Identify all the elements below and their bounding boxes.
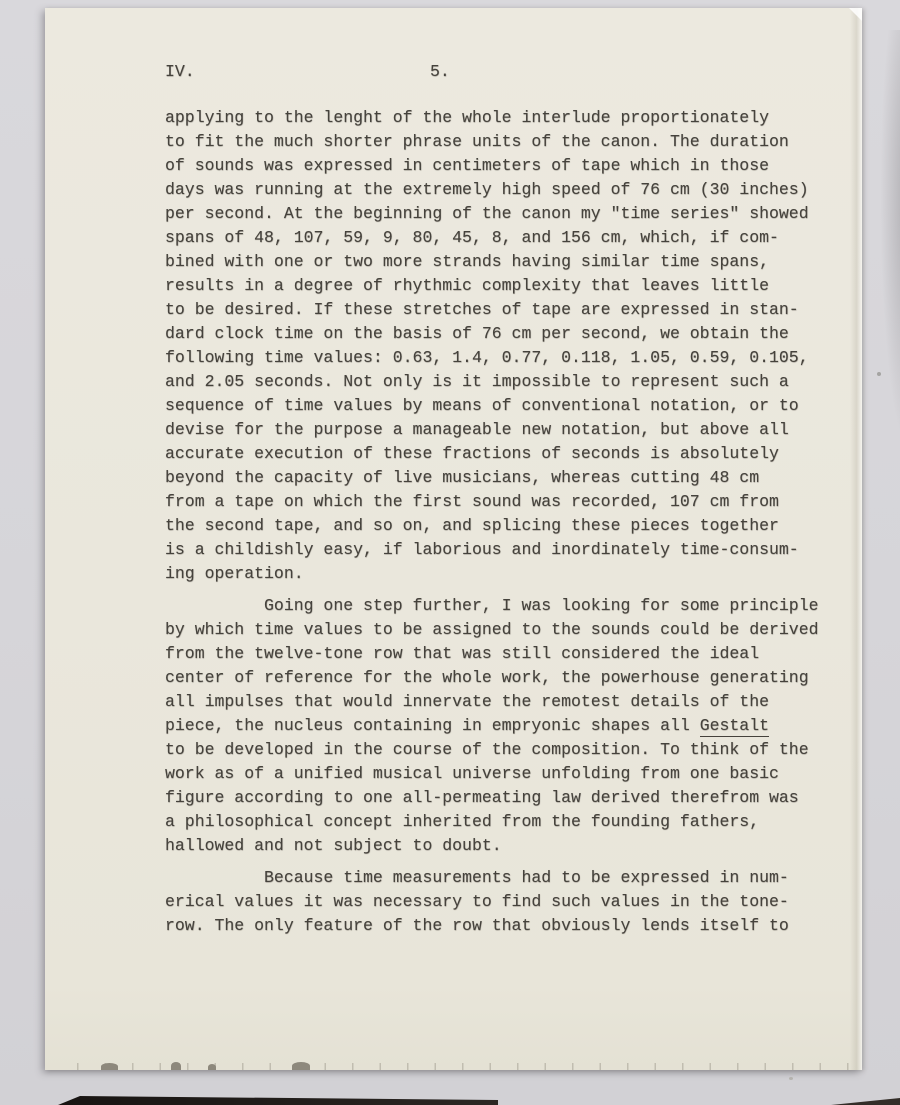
background-shadow bbox=[880, 30, 900, 450]
text-segment: dard clock time on the basis of 76 cm pe… bbox=[165, 324, 789, 343]
text-segment: the second tape, and so on, and splicing… bbox=[165, 516, 779, 535]
typewritten-line: days was running at the extremely high s… bbox=[165, 178, 855, 202]
typewritten-line: following time values: 0.63, 1.4, 0.77, … bbox=[165, 346, 855, 370]
paragraph: Going one step further, I was looking fo… bbox=[165, 594, 855, 858]
text-segment: devise for the purpose a manageable new … bbox=[165, 420, 789, 439]
document-body: applying to the lenght of the whole inte… bbox=[165, 106, 855, 938]
typewritten-line: row. The only feature of the row that ob… bbox=[165, 914, 855, 938]
text-segment: spans of 48, 107, 59, 9, 80, 45, 8, and … bbox=[165, 228, 779, 247]
text-segment: applying to the lenght of the whole inte… bbox=[165, 108, 769, 127]
typewritten-line: from a tape on which the first sound was… bbox=[165, 490, 855, 514]
text-segment: center of reference for the whole work, … bbox=[165, 668, 809, 687]
typewritten-line: all impulses that would innervate the re… bbox=[165, 690, 855, 714]
typewritten-line: sequence of time values by means of conv… bbox=[165, 394, 855, 418]
text-segment: erical values it was necessary to find s… bbox=[165, 892, 789, 911]
typewritten-text-block: IV. 5. applying to the lenght of the who… bbox=[165, 60, 855, 938]
edge-smudge bbox=[292, 1062, 310, 1070]
text-segment: from the twelve-tone row that was still … bbox=[165, 644, 759, 663]
typewritten-line: and 2.05 seconds. Not only is it impossi… bbox=[165, 370, 855, 394]
text-segment: accurate execution of these fractions of… bbox=[165, 444, 779, 463]
text-segment: to be developed in the course of the com… bbox=[165, 740, 809, 759]
typewritten-line: devise for the purpose a manageable new … bbox=[165, 418, 855, 442]
text-segment: piece, the nucleus containing in empryon… bbox=[165, 716, 700, 735]
typewritten-line: to be desired. If these stretches of tap… bbox=[165, 298, 855, 322]
text-segment: row. The only feature of the row that ob… bbox=[165, 916, 789, 935]
page-corner-fold bbox=[849, 8, 862, 21]
typewritten-line: center of reference for the whole work, … bbox=[165, 666, 855, 690]
text-segment: following time values: 0.63, 1.4, 0.77, … bbox=[165, 348, 809, 367]
text-segment: per second. At the beginning of the cano… bbox=[165, 204, 809, 223]
edge-smudge bbox=[171, 1062, 181, 1070]
page-number: 5. bbox=[430, 60, 450, 84]
typewritten-line: piece, the nucleus containing in empryon… bbox=[165, 714, 855, 738]
text-segment: ing operation. bbox=[165, 564, 304, 583]
text-segment: work as of a unified musical universe un… bbox=[165, 764, 779, 783]
text-segment: a philosophical concept inherited from t… bbox=[165, 812, 759, 831]
text-segment: Because time measurements had to be expr… bbox=[165, 868, 789, 887]
typewritten-line: bined with one or two more strands havin… bbox=[165, 250, 855, 274]
typewritten-line: a philosophical concept inherited from t… bbox=[165, 810, 855, 834]
text-segment: Going one step further, I was looking fo… bbox=[165, 596, 819, 615]
typewritten-line: ing operation. bbox=[165, 562, 855, 586]
text-segment: all impulses that would innervate the re… bbox=[165, 692, 769, 711]
text-segment: sequence of time values by means of conv… bbox=[165, 396, 799, 415]
text-segment: bined with one or two more strands havin… bbox=[165, 252, 769, 271]
typewritten-line: erical values it was necessary to find s… bbox=[165, 890, 855, 914]
scanned-document-photo: { "colors": { "background": "#d6d5d9", "… bbox=[0, 0, 900, 1105]
text-segment: to fit the much shorter phrase units of … bbox=[165, 132, 789, 151]
text-segment: days was running at the extremely high s… bbox=[165, 180, 809, 199]
typewritten-line: per second. At the beginning of the cano… bbox=[165, 202, 855, 226]
section-number: IV. bbox=[165, 60, 195, 84]
text-segment: figure according to one all-permeating l… bbox=[165, 788, 799, 807]
typewritten-line: results in a degree of rhythmic complexi… bbox=[165, 274, 855, 298]
background-speck bbox=[789, 1077, 793, 1080]
typewritten-line: Because time measurements had to be expr… bbox=[165, 866, 855, 890]
typewritten-line: the second tape, and so on, and splicing… bbox=[165, 514, 855, 538]
text-segment: hallowed and not subject to doubt. bbox=[165, 836, 502, 855]
text-segment: from a tape on which the first sound was… bbox=[165, 492, 779, 511]
text-segment: to be desired. If these stretches of tap… bbox=[165, 300, 799, 319]
typewritten-line: to fit the much shorter phrase units of … bbox=[165, 130, 855, 154]
typewritten-line: spans of 48, 107, 59, 9, 80, 45, 8, and … bbox=[165, 226, 855, 250]
typewritten-line: by which time values to be assigned to t… bbox=[165, 618, 855, 642]
typewritten-line: beyond the capacity of live musicians, w… bbox=[165, 466, 855, 490]
paragraph: applying to the lenght of the whole inte… bbox=[165, 106, 855, 586]
text-segment: of sounds was expressed in centimeters o… bbox=[165, 156, 769, 175]
typewritten-line: is a childishly easy, if laborious and i… bbox=[165, 538, 855, 562]
typewritten-line: accurate execution of these fractions of… bbox=[165, 442, 855, 466]
text-segment: is a childishly easy, if laborious and i… bbox=[165, 540, 799, 559]
text-segment: results in a degree of rhythmic complexi… bbox=[165, 276, 769, 295]
typewritten-line: applying to the lenght of the whole inte… bbox=[165, 106, 855, 130]
typewritten-line: figure according to one all-permeating l… bbox=[165, 786, 855, 810]
text-segment: and 2.05 seconds. Not only is it impossi… bbox=[165, 372, 789, 391]
typewritten-line: from the twelve-tone row that was still … bbox=[165, 642, 855, 666]
text-segment: by which time values to be assigned to t… bbox=[165, 620, 819, 639]
typewritten-line: dard clock time on the basis of 76 cm pe… bbox=[165, 322, 855, 346]
typewritten-line: work as of a unified musical universe un… bbox=[165, 762, 855, 786]
typewritten-line: of sounds was expressed in centimeters o… bbox=[165, 154, 855, 178]
page-header: IV. 5. bbox=[165, 60, 855, 84]
typewritten-line: Going one step further, I was looking fo… bbox=[165, 594, 855, 618]
paragraph: Because time measurements had to be expr… bbox=[165, 866, 855, 938]
dark-object-edge-left bbox=[58, 1096, 498, 1105]
edge-smudge bbox=[208, 1064, 216, 1070]
background-speck bbox=[877, 372, 881, 376]
dark-object-edge-right bbox=[831, 1098, 900, 1105]
typewritten-line: to be developed in the course of the com… bbox=[165, 738, 855, 762]
document-page: IV. 5. applying to the lenght of the who… bbox=[45, 8, 862, 1070]
underlined-term: Gestalt bbox=[700, 716, 769, 737]
typewritten-line: hallowed and not subject to doubt. bbox=[165, 834, 855, 858]
edge-smudge bbox=[101, 1063, 118, 1070]
text-segment: beyond the capacity of live musicians, w… bbox=[165, 468, 759, 487]
